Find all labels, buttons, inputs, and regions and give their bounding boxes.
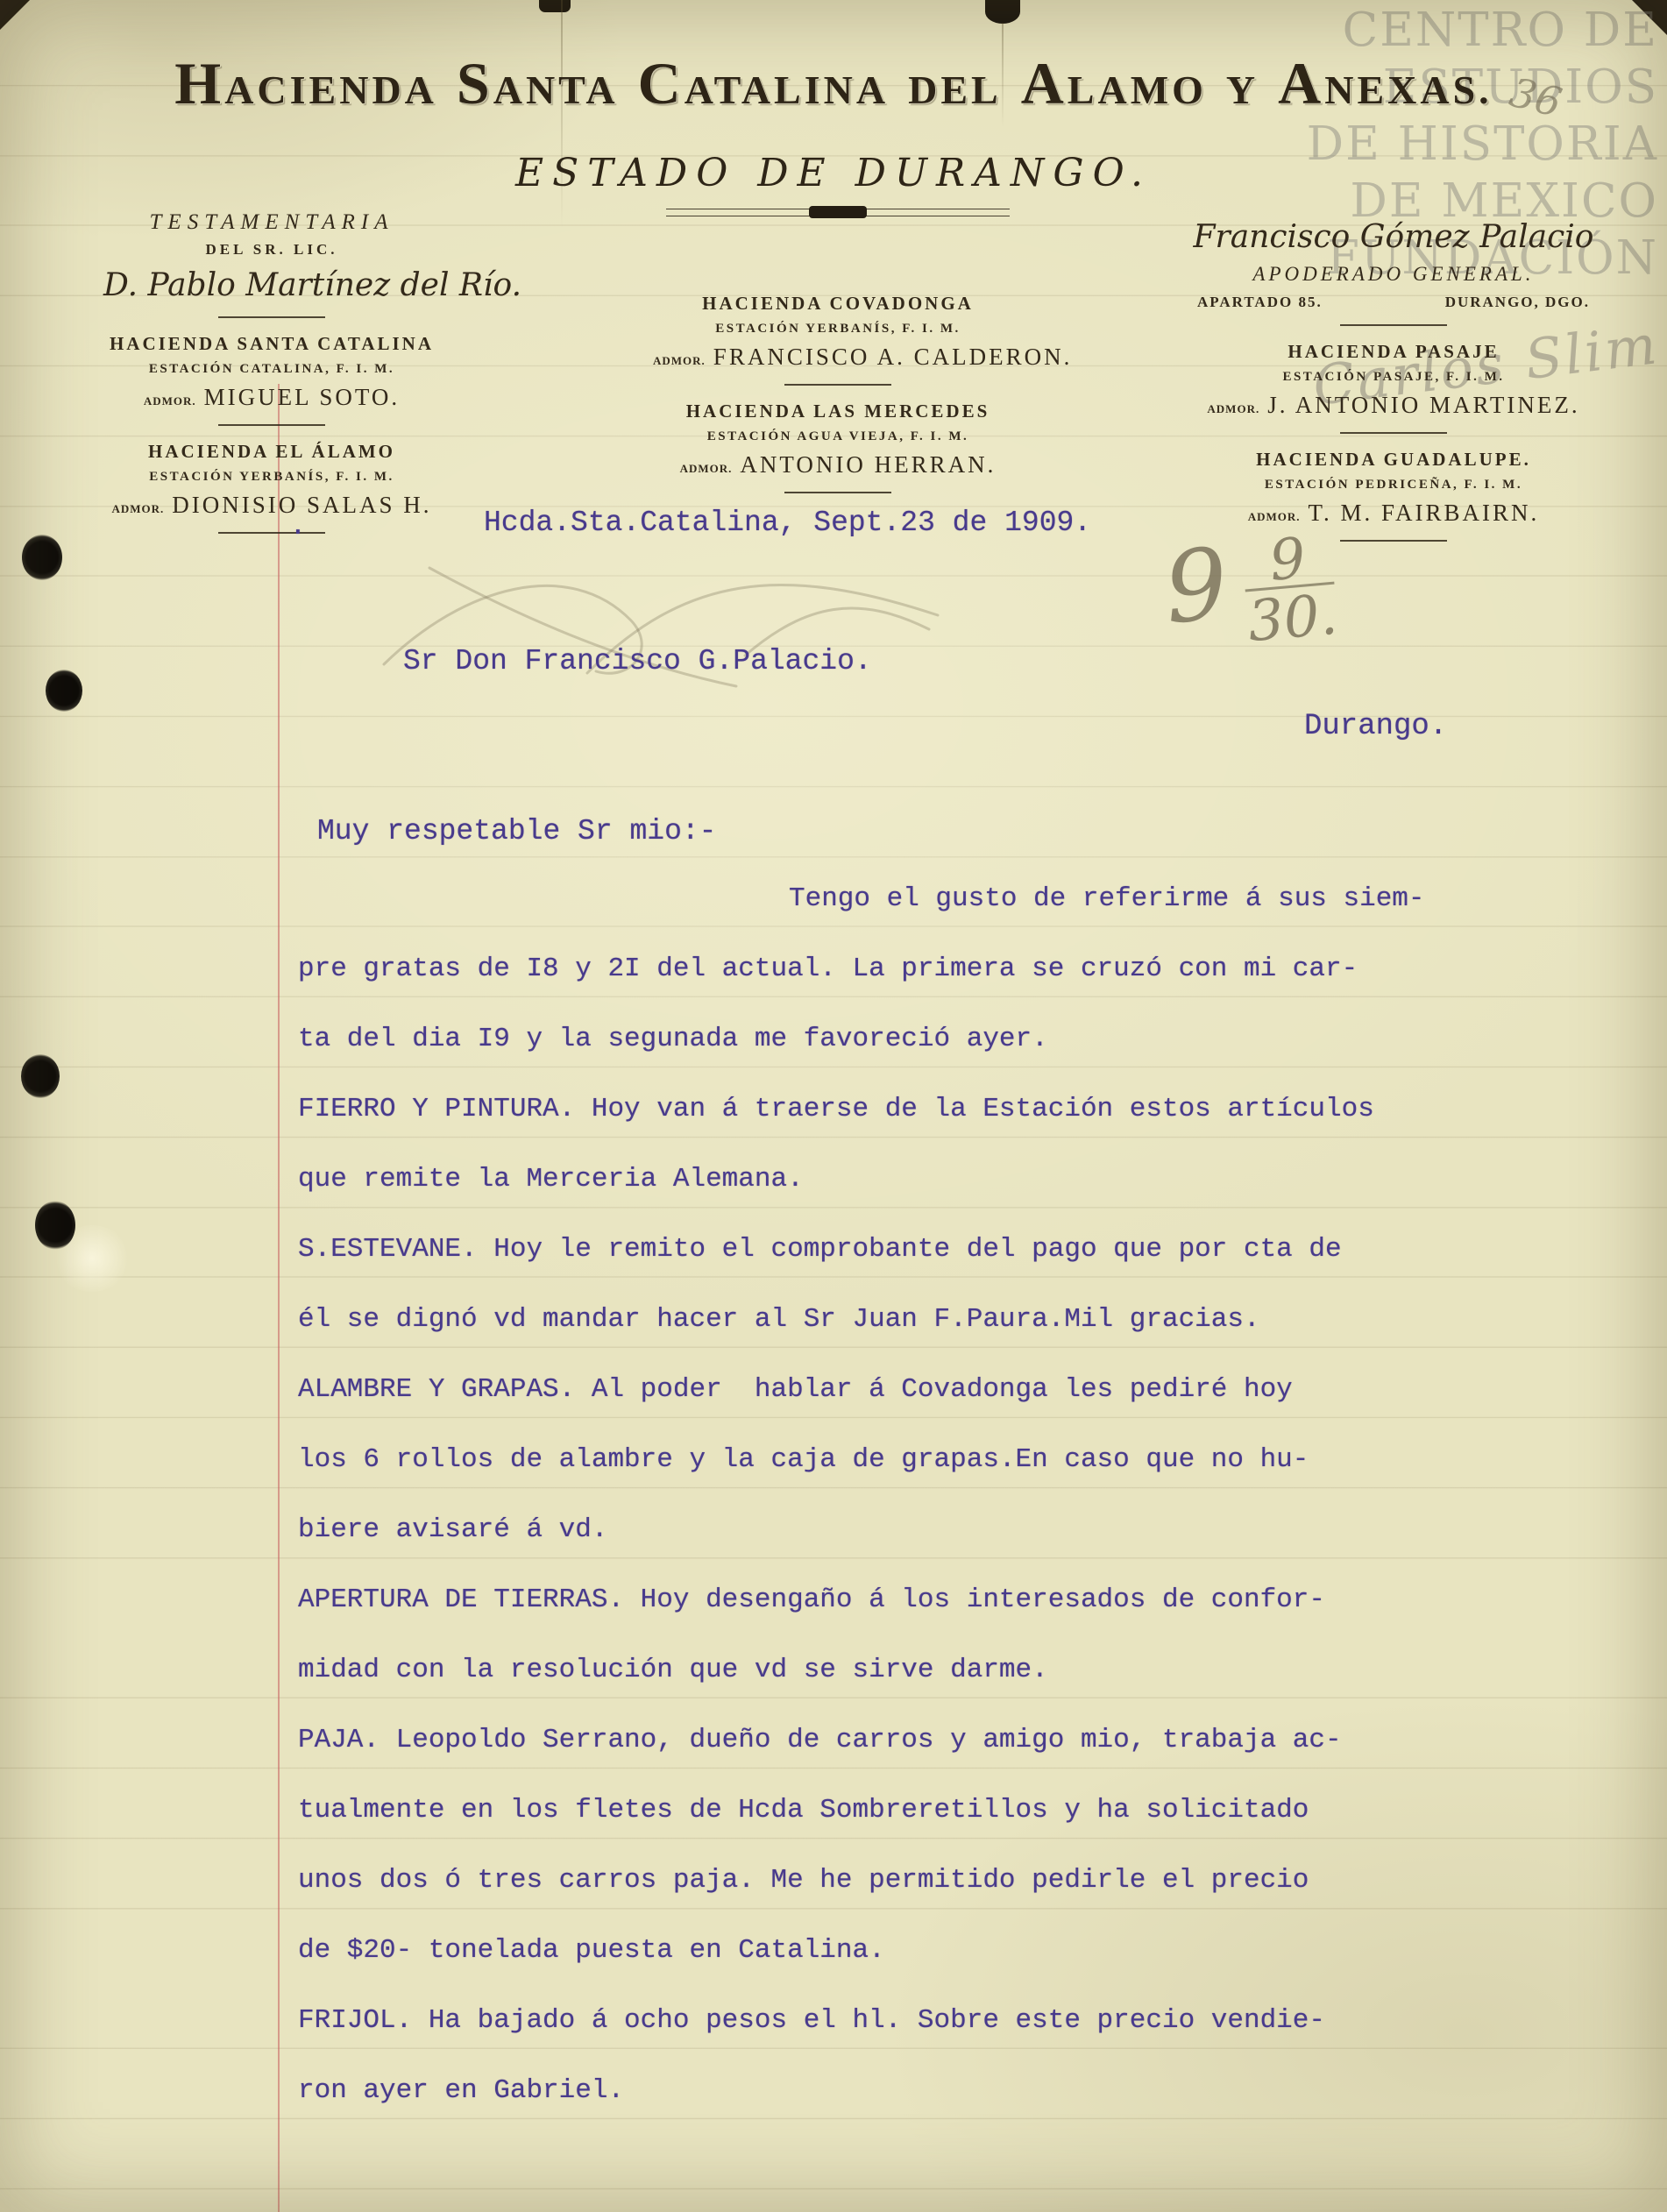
folio-fraction: 930.	[1241, 531, 1340, 653]
stray-period: .	[289, 510, 307, 542]
title-initial: H	[174, 50, 224, 117]
letter-line: midad con la resolución que vd se sirve …	[298, 1649, 1425, 1719]
divider-rule	[1340, 432, 1447, 434]
dateline: Hcda.Sta.Catalina, Sept.23 de 1909.	[484, 507, 1091, 539]
divider-rule	[1340, 324, 1447, 326]
letterhead-right-column: Francisco Gómez Palacio APODERADO GENERA…	[1185, 210, 1602, 557]
letterhead-center-column: HACIENDA COVADONGAESTACIÓN YERBANÍS, F. …	[653, 291, 1023, 508]
punch-hole	[22, 535, 62, 580]
testamentaria-subheading: DEL SR. LIC.	[103, 241, 440, 259]
admor-label: ADMOR.	[111, 502, 164, 515]
divider-rule	[1340, 540, 1447, 542]
punch-hole	[35, 1201, 75, 1250]
title-word: HACIENDA	[174, 49, 437, 118]
admor-name: ANTONIO HERRAN.	[740, 451, 996, 478]
admor-label: ADMOR.	[1207, 402, 1259, 415]
title-word: ALAMO	[1021, 49, 1207, 118]
title-initial: A	[1278, 50, 1324, 117]
folio-denominator: 30.	[1245, 585, 1339, 654]
letter-line: FRIJOL. Ha bajado á ocho pesos el hl. So…	[298, 2000, 1425, 2070]
hacienda-admor: ADMOR.DIONISIO SALAS H.	[103, 492, 440, 519]
letter-line: FIERRO Y PINTURA. Hoy van á traerse de l…	[298, 1088, 1425, 1159]
letter-page: CENTRO DEESTUDIOSDE HISTORIADE MEXICOFUN…	[0, 0, 1667, 2212]
admor-label: ADMOR.	[680, 462, 733, 475]
letterhead-left-column: TESTAMENTARIA DEL SR. LIC. D. Pablo Mart…	[103, 210, 440, 549]
hacienda-admor: ADMOR.MIGUEL SOTO.	[103, 384, 440, 411]
pencil-folio-fraction: 9930.	[1160, 526, 1339, 660]
folio-big-nine: 9	[1160, 527, 1232, 646]
hacienda-admor: ADMOR.ANTONIO HERRAN.	[653, 451, 1023, 479]
document-photo: { "colors":{ "paper":"#e8e4c0", "typewri…	[0, 0, 1667, 2212]
letter-line: Tengo el gusto de referirme á sus siem-	[298, 878, 1425, 948]
hacienda-name: HACIENDA PASAJE	[1185, 341, 1602, 363]
hacienda-admor: ADMOR.FRANCISCO A. CALDERON.	[653, 344, 1023, 371]
recipient-city: Durango.	[1304, 710, 1447, 743]
letter-line: tualmente en los fletes de Hcda Sombrere…	[298, 1790, 1425, 1860]
letter-line: él se dignó vd mandar hacer al Sr Juan F…	[298, 1299, 1425, 1369]
title-word: DEL	[908, 67, 1002, 113]
title-rest: DEL	[908, 67, 1002, 112]
admor-label: ADMOR.	[653, 354, 706, 367]
letter-line: que remite la Merceria Alemana.	[298, 1159, 1425, 1229]
punch-hole	[21, 1054, 60, 1098]
agent-address: APARTADO 85. DURANGO, DGO.	[1185, 294, 1602, 311]
admor-name: J. ANTONIO MARTINEZ.	[1267, 392, 1579, 418]
hacienda-block: HACIENDA PASAJEESTACIÓN PASAJE, F. I. M.…	[1185, 341, 1602, 434]
divider-rule	[218, 424, 325, 426]
title-initial: A	[1021, 50, 1068, 117]
hacienda-block: HACIENDA COVADONGAESTACIÓN YERBANÍS, F. …	[653, 293, 1023, 386]
title-word: ANEXAS.	[1278, 49, 1493, 118]
admor-name: FRANCISCO A. CALDERON.	[713, 344, 1073, 370]
title-rest: NEXAS.	[1324, 67, 1492, 112]
hacienda-station: ESTACIÓN YERBANÍS, F. I. M.	[103, 470, 440, 485]
title-rest: ATALINA	[685, 67, 889, 112]
ornament-lozenge	[809, 206, 867, 218]
hacienda-station: ESTACIÓN AGUA VIEJA, F. I. M.	[653, 429, 1023, 444]
pencil-scribble	[368, 524, 999, 708]
letterhead-title: HACIENDASANTACATALINADELALAMOYANEXAS.	[0, 49, 1667, 118]
red-margin-line	[278, 384, 280, 2212]
title-word: SANTA	[457, 49, 619, 118]
letter-line: ALAMBRE Y GRAPAS. Al poder hablar á Cova…	[298, 1369, 1425, 1439]
letter-body: Tengo el gusto de referirme á sus siem-p…	[298, 878, 1425, 2140]
title-rest: Y	[1226, 67, 1259, 112]
title-rest: ANTA	[493, 67, 619, 112]
agent-apartado: APARTADO 85.	[1197, 294, 1323, 311]
hacienda-admor: ADMOR.T. M. FAIRBAIRN.	[1185, 500, 1602, 527]
hacienda-admor: ADMOR.J. ANTONIO MARTINEZ.	[1185, 392, 1602, 419]
title-initial: S	[457, 50, 493, 117]
admor-label: ADMOR.	[144, 394, 196, 408]
title-word: CATALINA	[638, 49, 889, 118]
hacienda-name: HACIENDA EL ÁLAMO	[103, 441, 440, 463]
testamentaria-heading: TESTAMENTARIA	[103, 210, 440, 235]
letter-line: S.ESTEVANE. Hoy le remito el comprobante…	[298, 1229, 1425, 1299]
letter-line: PAJA. Leopoldo Serrano, dueño de carros …	[298, 1719, 1425, 1790]
agent-city: DURANGO, DGO.	[1445, 294, 1590, 311]
title-rest: LAMO	[1068, 67, 1207, 112]
agent-title: APODERADO GENERAL.	[1185, 263, 1602, 286]
title-rest: ACIENDA	[224, 67, 437, 112]
letter-line: ron ayer en Gabriel.	[298, 2070, 1425, 2140]
hacienda-station: ESTACIÓN YERBANÍS, F. I. M.	[653, 322, 1023, 337]
divider-rule	[784, 384, 891, 386]
hacienda-name: HACIENDA COVADONGA	[653, 293, 1023, 315]
recipient-line: Sr Don Francisco G.Palacio.	[403, 645, 872, 677]
hacienda-name: HACIENDA LAS MERCEDES	[653, 401, 1023, 422]
punch-hole	[46, 670, 82, 712]
divider-rule	[218, 316, 325, 318]
agent-name: Francisco Gómez Palacio	[1185, 219, 1602, 255]
letter-line: los 6 rollos de alambre y la caja de gra…	[298, 1439, 1425, 1509]
top-edge-mark	[985, 0, 1020, 24]
admor-name: T. M. FAIRBAIRN.	[1309, 500, 1540, 526]
hacienda-name: HACIENDA GUADALUPE.	[1185, 449, 1602, 471]
letter-line: unos dos ó tres carros paja. Me he permi…	[298, 1860, 1425, 1930]
letter-line: ta del dia I9 y la segunada me favoreció…	[298, 1018, 1425, 1088]
top-edge-mark	[539, 0, 571, 12]
hacienda-block: HACIENDA SANTA CATALINAESTACIÓN CATALINA…	[103, 333, 440, 426]
ornament-rule	[666, 209, 1010, 216]
divider-rule	[218, 532, 325, 534]
letterhead-subtitle: ESTADO DE DURANGO.	[0, 151, 1667, 195]
hacienda-block: HACIENDA EL ÁLAMOESTACIÓN YERBANÍS, F. I…	[103, 441, 440, 534]
salutation: Muy respetable Sr mio:-	[317, 815, 716, 847]
hacienda-name: HACIENDA SANTA CATALINA	[103, 333, 440, 355]
letter-line: pre gratas de I8 y 2I del actual. La pri…	[298, 948, 1425, 1018]
letter-line: biere avisaré á vd.	[298, 1509, 1425, 1579]
hacienda-station: ESTACIÓN CATALINA, F. I. M.	[103, 362, 440, 377]
admor-name: MIGUEL SOTO.	[204, 384, 401, 410]
letter-line: APERTURA DE TIERRAS. Hoy desengaño á los…	[298, 1579, 1425, 1649]
photo-corner	[0, 0, 30, 30]
hacienda-station: ESTACIÓN PASAJE, F. I. M.	[1185, 370, 1602, 385]
title-initial: C	[638, 50, 685, 117]
letter-line: de $20- tonelada puesta en Catalina.	[298, 1930, 1425, 2000]
admor-label: ADMOR.	[1248, 510, 1301, 523]
testamentaria-name: D. Pablo Martínez del Río.	[103, 267, 440, 303]
hacienda-block: HACIENDA GUADALUPE.ESTACIÓN PEDRICEÑA, F…	[1185, 449, 1602, 542]
hacienda-station: ESTACIÓN PEDRICEÑA, F. I. M.	[1185, 478, 1602, 493]
title-word: Y	[1226, 67, 1259, 113]
hacienda-block: HACIENDA LAS MERCEDESESTACIÓN AGUA VIEJA…	[653, 401, 1023, 493]
divider-rule	[784, 492, 891, 493]
